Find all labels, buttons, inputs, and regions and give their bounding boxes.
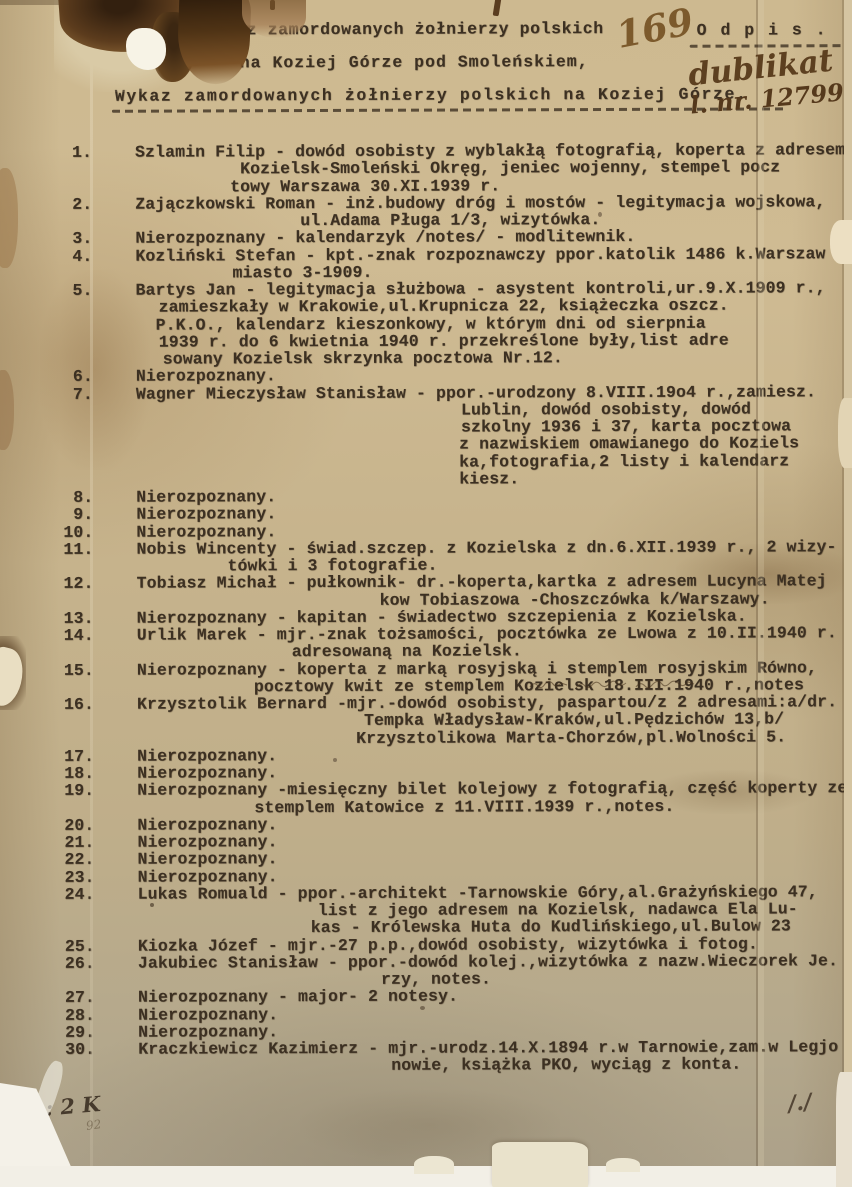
typed-line: z nazwiskiem omawianego do Koziels xyxy=(459,435,799,453)
list-item-number: 29. xyxy=(39,1024,95,1041)
typed-line: Nierozpoznany. xyxy=(138,868,278,885)
typed-line: Nierozpoznany. xyxy=(137,747,277,764)
typed-line: Nierozpoznany - kalendarzyk /notes/ - mo… xyxy=(135,228,635,247)
document-title-line3: Wykaz zamordowanych żołnierzy polskich n… xyxy=(115,86,748,106)
list-item-number: 19. xyxy=(38,782,94,799)
typed-line: Nierozpoznany. xyxy=(136,367,276,384)
typed-line: Nierozpoznany. xyxy=(136,505,276,522)
typed-line: Nierozpoznany - major- 2 notesy. xyxy=(138,988,458,1006)
typed-line: Nierozpoznany. xyxy=(136,488,276,505)
list-item-number: 7. xyxy=(37,385,93,402)
tear-hole-backing xyxy=(126,28,166,70)
list-item-number: 28. xyxy=(39,1006,95,1023)
list-item-number: 18. xyxy=(38,765,94,782)
paper-right-edge xyxy=(844,0,852,1187)
list-item-number: 26. xyxy=(39,955,95,972)
list-item-number: 5. xyxy=(36,282,92,299)
typed-line: Nierozpoznany. xyxy=(138,1006,278,1023)
list-item-number: 8. xyxy=(37,489,93,506)
typed-line: Nierozpoznany. xyxy=(137,816,277,833)
paper-crease xyxy=(90,0,93,1187)
list-item-number: 10. xyxy=(37,523,93,540)
document-photo: Wykaz zamordowanych żołnierzy polskich O… xyxy=(0,0,852,1187)
typed-line: kiesz. xyxy=(459,470,519,487)
tape-fragment xyxy=(492,1142,588,1187)
typed-line: szkolny 1936 i 37, karta pocztowa xyxy=(461,417,791,435)
typed-line: ul.Adama Pługa 1/3, wizytówka. xyxy=(300,211,600,229)
list-item-number: 12. xyxy=(38,575,94,592)
list-item-number: 15. xyxy=(38,661,94,678)
list-item-number: 2. xyxy=(36,196,92,213)
typed-line: Nierozpoznany. xyxy=(136,523,276,540)
list-item-number: 6. xyxy=(37,368,93,385)
typed-line: sowany Kozielsk skrzynka pocztowa Nr.12. xyxy=(163,349,563,367)
typed-line: tówki i 3 fotografie. xyxy=(227,557,437,575)
list-item-number: 3. xyxy=(36,230,92,247)
handwritten-scribble-annotation xyxy=(528,678,718,694)
edge-torn-piece xyxy=(838,398,852,468)
typed-line: Nierozpoznany -miesięczny bilet kolejowy… xyxy=(137,779,847,798)
typed-line: ka,fotografia,2 listy i kalendarz xyxy=(459,452,789,470)
typed-line: rzy, notes. xyxy=(381,970,491,987)
paper-crease xyxy=(758,0,764,1187)
list-item-number: 4. xyxy=(36,247,92,264)
list-item-number: 17. xyxy=(38,748,94,765)
list-item-number: 21. xyxy=(38,834,94,851)
paper-fold-line xyxy=(756,0,758,1187)
list-item-number: 23. xyxy=(39,868,95,885)
list-item-number: 22. xyxy=(38,851,94,868)
typed-line: Kozielsk-Smoleński Okręg, jeniec wojenny… xyxy=(240,159,780,178)
typed-line: Lublin, dowód osobisty, dowód xyxy=(461,400,751,418)
list-item-number: 1. xyxy=(36,144,92,161)
typed-line: kas - Królewska Huta do Kudlińskiego,ul.… xyxy=(311,918,791,937)
typed-line: stemplem Katowice z 11.VIII.1939 r.,note… xyxy=(254,797,674,815)
typed-content: Wykaz zamordowanych żołnierzy polskich O… xyxy=(0,0,852,1187)
typed-line: Krzysztolikowa Marta-Chorzów,pl.Wolności… xyxy=(356,728,786,747)
list-item-number: 30. xyxy=(39,1041,95,1058)
list-item-number: 9. xyxy=(37,506,93,523)
bottom-torn-fragment xyxy=(606,1158,640,1172)
torn-corner-backing xyxy=(836,1072,852,1187)
typed-line: Kozliński Stefan - kpt.-znak rozpoznawcz… xyxy=(135,245,825,264)
typed-line: towy Warszawa 30.XI.1939 r. xyxy=(230,177,500,195)
handwritten-faint-note: 92 xyxy=(85,1117,102,1133)
dashed-underline-title xyxy=(112,107,788,113)
document-title-line2: na Koziej Górze pod Smoleńskiem, xyxy=(240,53,589,72)
list-item-number: 11. xyxy=(37,541,93,558)
list-item-number: 20. xyxy=(38,817,94,834)
typed-line: adresowaną na Kozielsk. xyxy=(292,643,522,661)
tear-speck xyxy=(270,0,275,10)
typed-line: Nierozpoznany. xyxy=(137,764,277,781)
list-item-number: 14. xyxy=(38,627,94,644)
typed-line: Nobis Wincenty - świad.szczep. z Koziels… xyxy=(136,538,836,557)
handwritten-bottom-right-mark: /./ xyxy=(787,1089,813,1117)
list-item-number: 16. xyxy=(38,696,94,713)
list-item-number: 25. xyxy=(39,937,95,954)
list-item-number: 27. xyxy=(39,989,95,1006)
edge-torn-piece xyxy=(830,220,852,264)
bottom-torn-fragment xyxy=(414,1156,454,1174)
list-item-number: 13. xyxy=(38,610,94,627)
typed-line: Tempka Władysław-Kraków,ul.Pędzichów 13,… xyxy=(364,711,784,729)
typed-line: miasto 3-1909. xyxy=(232,264,372,281)
typed-line: nowie, książka PKO, wyciąg z konta. xyxy=(391,1056,741,1074)
typed-line: kow Tobiaszowa -Choszczówka k/Warszawy. xyxy=(380,590,770,608)
typed-line: Nierozpoznany. xyxy=(137,850,277,867)
typed-line: Nierozpoznany. xyxy=(138,1023,278,1040)
list-item-number: 24. xyxy=(39,886,95,903)
typed-line: Nierozpoznany. xyxy=(137,833,277,850)
typed-line: 1939 r. do 6 kwietnia 1940 r. przekreślo… xyxy=(159,331,729,350)
